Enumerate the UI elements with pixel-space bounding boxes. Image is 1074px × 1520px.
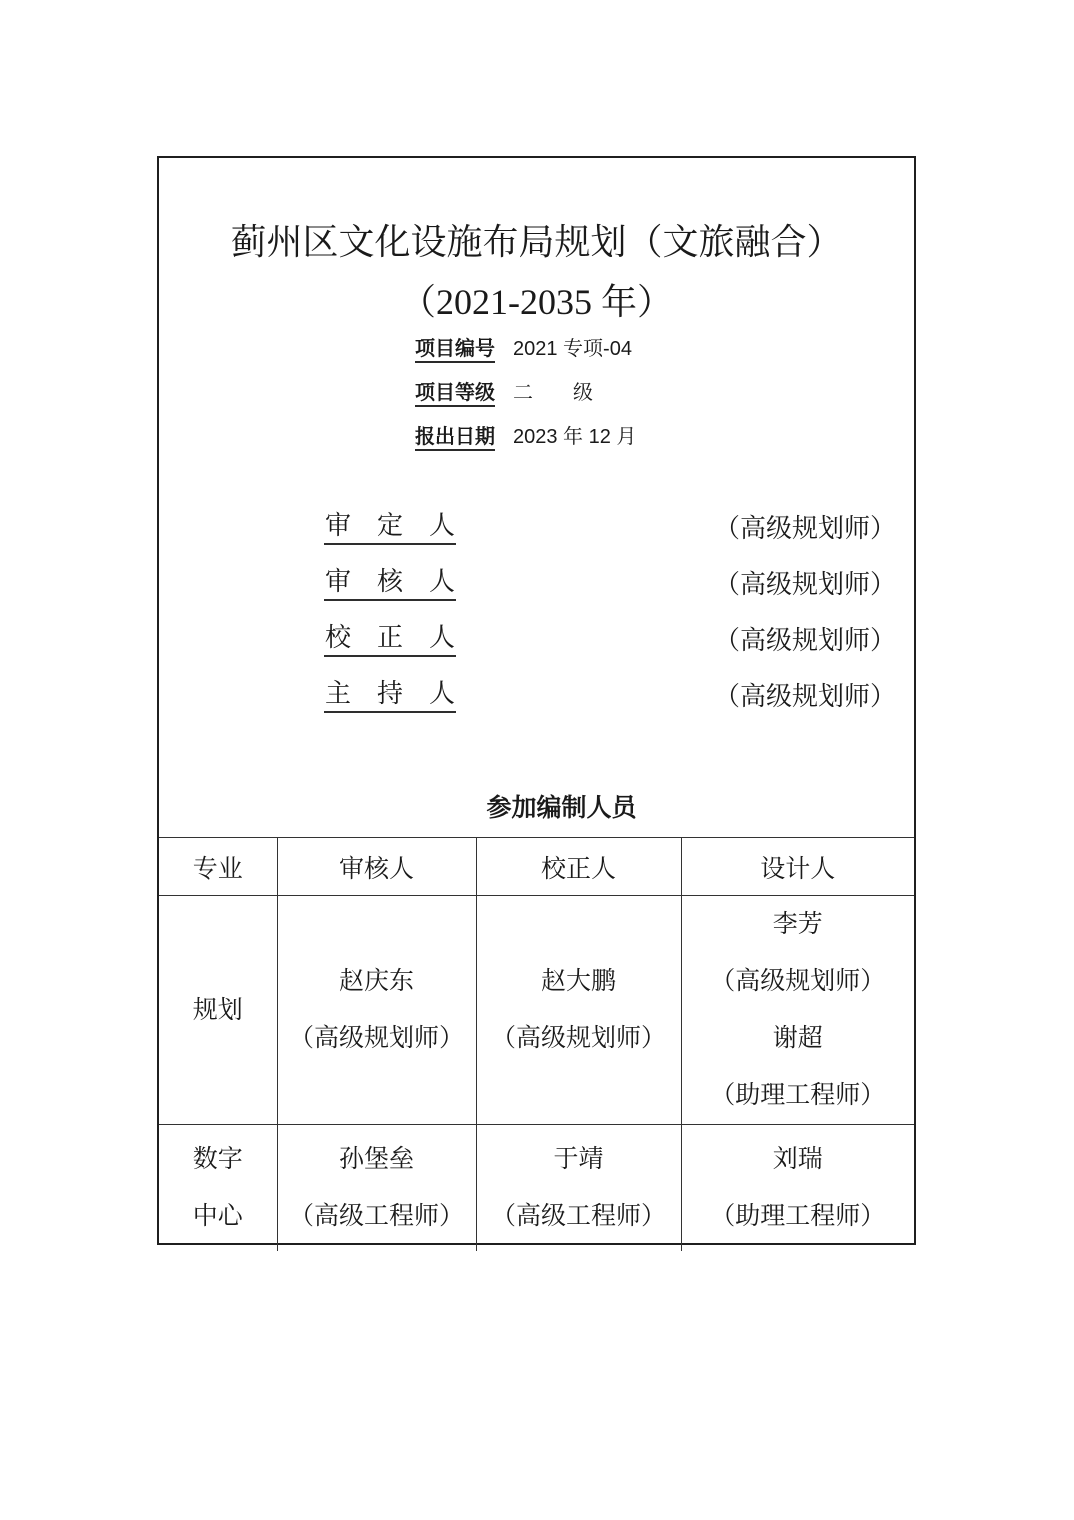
cell-line: （高级规划师）: [682, 953, 915, 1010]
project-number-value: 2021 专项-04: [513, 338, 632, 360]
cell-line: （助理工程师）: [682, 1067, 915, 1124]
table-header-row: 专业 审核人 校正人 设计人: [159, 838, 914, 896]
host-qualification: （高级规划师）: [714, 682, 896, 712]
header-designer: 设计人: [681, 838, 914, 896]
cell-line: 规划: [159, 982, 277, 1039]
cell-line: （高级规划师）: [278, 1010, 476, 1067]
cell-corrector: 赵大鹏（高级规划师）: [476, 896, 681, 1125]
approver-row: 审 定 人 （高级规划师）: [159, 502, 914, 558]
approver-label: 审 定 人: [324, 511, 456, 545]
cell-reviewer: 赵庆东（高级规划师）: [277, 896, 476, 1125]
cell-line: （高级工程师）: [278, 1188, 476, 1245]
document-subtitle-years: （2021-2035 年）: [159, 277, 914, 327]
cell-corrector: 于靖（高级工程师）: [476, 1125, 681, 1251]
cell-line: 赵大鹏: [477, 953, 681, 1010]
cell-line: 数字: [159, 1131, 277, 1188]
project-number-row: 项目编号2021 专项-04: [415, 327, 636, 371]
document-title: 蓟州区文化设施布局规划（文旅融合）: [159, 217, 914, 267]
project-grade-label: 项目等级: [415, 382, 495, 407]
cell-line: 于靖: [477, 1131, 681, 1188]
cell-line: （助理工程师）: [682, 1188, 915, 1245]
cell-line: 孙堡垒: [278, 1131, 476, 1188]
page: { "page": { "title_line1": "蓟州区文化设施布局规划（…: [0, 0, 1074, 1520]
project-number-label: 项目编号: [415, 338, 495, 363]
report-date-value: 2023 年 12 月: [513, 426, 636, 448]
host-row: 主 持 人 （高级规划师）: [159, 670, 914, 726]
cell-line: 刘瑞: [682, 1131, 915, 1188]
header-specialty: 专业: [159, 838, 277, 896]
table-row-planning: 规划 赵庆东（高级规划师） 赵大鹏（高级规划师） 李芳（高级规划师）谢超（助理工…: [159, 896, 914, 1125]
cell-specialty: 数字中心: [159, 1125, 277, 1251]
cell-line: 谢超: [682, 1010, 915, 1067]
cell-line: 李芳: [682, 896, 915, 953]
reviewer-qualification: （高级规划师）: [714, 570, 896, 600]
cell-specialty: 规划: [159, 896, 277, 1125]
participants-heading: 参加编制人员: [159, 788, 914, 828]
cell-designer: 李芳（高级规划师）谢超（助理工程师）: [681, 896, 914, 1125]
reviewer-label: 审 核 人: [324, 567, 456, 601]
signature-block: 审 定 人 （高级规划师） 审 核 人 （高级规划师） 校 正 人 （高级规划师…: [159, 502, 914, 726]
participants-table: 专业 审核人 校正人 设计人 规划 赵庆东（高级规划师） 赵大鹏（高级规划师） …: [159, 837, 914, 1251]
project-meta-block: 项目编号2021 专项-04 项目等级二 级 报出日期2023 年 12 月: [415, 327, 636, 459]
approver-qualification: （高级规划师）: [714, 514, 896, 544]
header-reviewer: 审核人: [277, 838, 476, 896]
project-grade-row: 项目等级二 级: [415, 371, 636, 415]
corrector-row: 校 正 人 （高级规划师）: [159, 614, 914, 670]
table-row-digital-center: 数字中心 孙堡垒（高级工程师） 于靖（高级工程师） 刘瑞（助理工程师）: [159, 1125, 914, 1251]
cell-line: （高级工程师）: [477, 1188, 681, 1245]
cell-reviewer: 孙堡垒（高级工程师）: [277, 1125, 476, 1251]
corrector-label: 校 正 人: [324, 623, 456, 657]
corrector-qualification: （高级规划师）: [714, 626, 896, 656]
host-label: 主 持 人: [324, 679, 456, 713]
report-date-label: 报出日期: [415, 426, 495, 451]
title-area: 蓟州区文化设施布局规划（文旅融合） （2021-2035 年） 项目编号2021…: [159, 158, 914, 837]
cell-designer: 刘瑞（助理工程师）: [681, 1125, 914, 1251]
cell-line: 赵庆东: [278, 953, 476, 1010]
report-date-row: 报出日期2023 年 12 月: [415, 415, 636, 459]
cell-line: （高级规划师）: [477, 1010, 681, 1067]
reviewer-row: 审 核 人 （高级规划师）: [159, 558, 914, 614]
document-frame: 蓟州区文化设施布局规划（文旅融合） （2021-2035 年） 项目编号2021…: [157, 156, 916, 1245]
header-corrector: 校正人: [476, 838, 681, 896]
cell-line: 中心: [159, 1188, 277, 1245]
project-grade-value: 二 级: [513, 382, 593, 404]
